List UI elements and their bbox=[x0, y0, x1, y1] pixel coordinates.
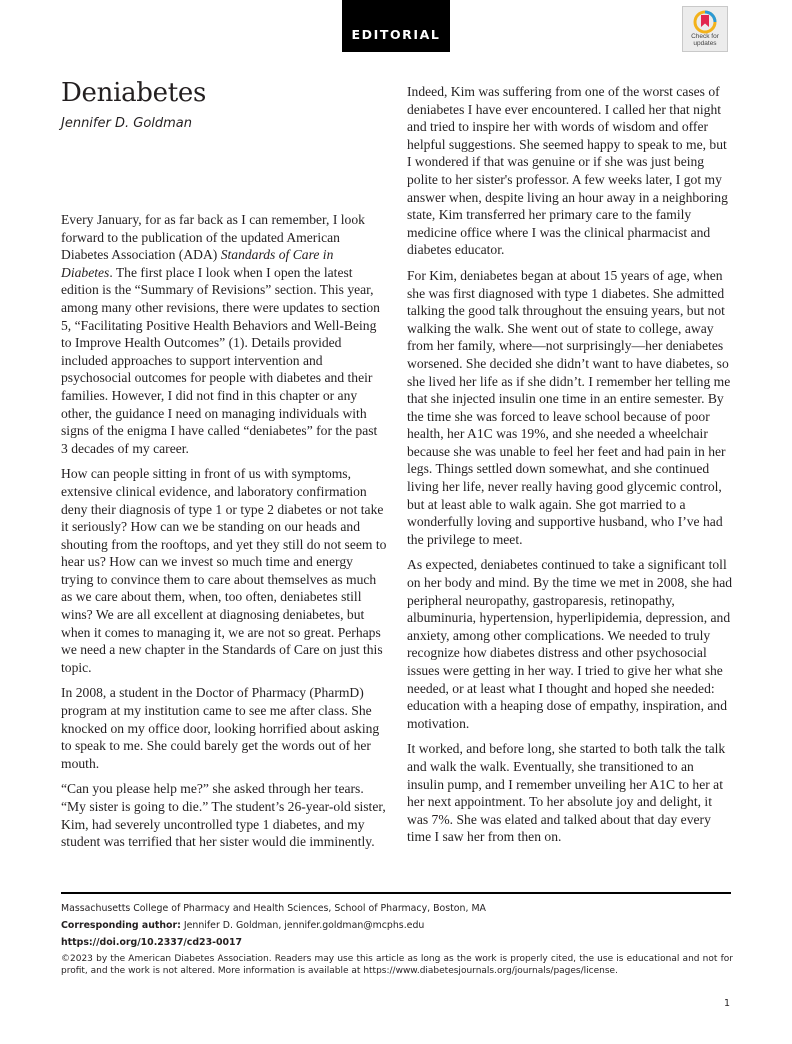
section-label: EDITORIAL bbox=[351, 27, 440, 52]
paragraph: For Kim, deniabetes began at about 15 ye… bbox=[407, 267, 733, 549]
doi-link[interactable]: https://doi.org/10.2337/cd23-0017 bbox=[61, 937, 242, 948]
corresponding-email[interactable]: Jennifer D. Goldman, jennifer.goldman@mc… bbox=[181, 920, 424, 931]
check-for-updates-icon bbox=[693, 10, 717, 34]
paragraph: How can people sitting in front of us wi… bbox=[61, 465, 387, 676]
badge-line2: updates bbox=[693, 41, 716, 48]
article-author: Jennifer D. Goldman bbox=[61, 116, 192, 131]
body-column-left: Every January, for as far back as I can … bbox=[61, 211, 387, 859]
corresponding-author: Corresponding author: Jennifer D. Goldma… bbox=[61, 920, 424, 931]
corresponding-label: Corresponding author: bbox=[61, 920, 181, 931]
page-number: 1 bbox=[724, 998, 730, 1009]
paragraph: Indeed, Kim was suffering from one of th… bbox=[407, 83, 733, 259]
section-banner: EDITORIAL bbox=[342, 0, 450, 52]
license-notice: ©2023 by the American Diabetes Associati… bbox=[61, 953, 733, 977]
paragraph: In 2008, a student in the Doctor of Phar… bbox=[61, 684, 387, 772]
article-title: Deniabetes bbox=[61, 78, 206, 108]
footer-divider bbox=[61, 892, 731, 894]
paragraph: “Can you please help me?” she asked thro… bbox=[61, 780, 387, 850]
paragraph: As expected, deniabetes continued to tak… bbox=[407, 556, 733, 732]
paragraph: Every January, for as far back as I can … bbox=[61, 211, 387, 457]
check-for-updates-badge[interactable]: Check for updates bbox=[682, 6, 728, 52]
affiliation: Massachusetts College of Pharmacy and He… bbox=[61, 903, 486, 914]
body-column-right: Indeed, Kim was suffering from one of th… bbox=[407, 83, 733, 854]
paragraph: It worked, and before long, she started … bbox=[407, 740, 733, 846]
